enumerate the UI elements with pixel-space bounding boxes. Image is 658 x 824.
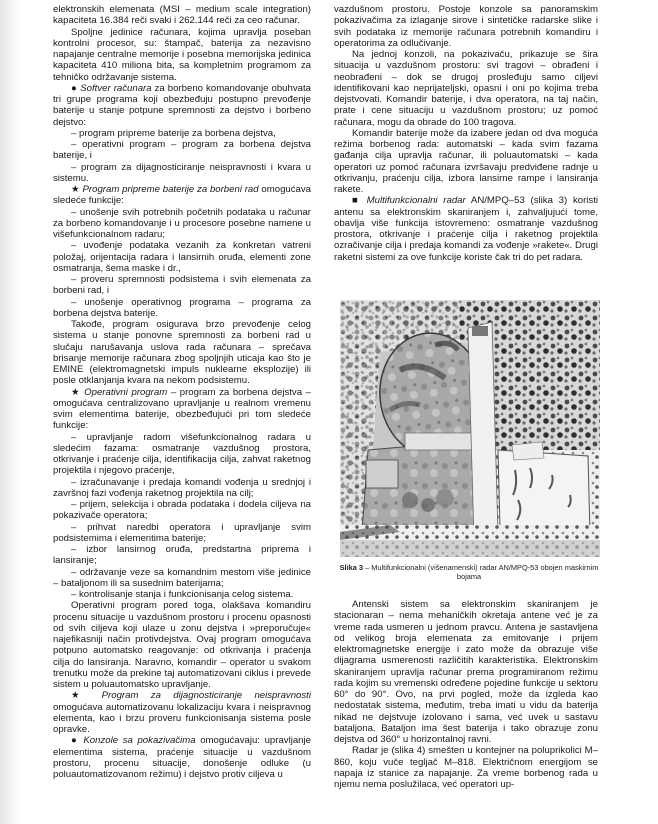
- paragraph: Spoljne jedinice računara, kojima upravl…: [53, 27, 311, 83]
- list-item: – program za dijagnosticiranje neispravn…: [53, 162, 311, 185]
- list-item: – izračunavanje i predaja komandi vođenj…: [53, 477, 311, 500]
- list-item: – proveru spremnosti podsistema i svih e…: [53, 274, 311, 297]
- paragraph-text: omogućava automatizovanu lokalizaciju kv…: [53, 702, 311, 736]
- emphasis-term: Program za dijagnosticiranje neispravnos…: [102, 690, 311, 701]
- figure: Slika 3 – Multifunkcionalni (višenamensk…: [334, 300, 604, 581]
- bullet-paragraph: ★ Program pripreme baterije za borbeni r…: [53, 184, 311, 207]
- list-item: – prihvat naredbi operatora i upravljanj…: [53, 522, 311, 545]
- emphasis-term: Softver računara: [80, 83, 151, 94]
- list-item: – uvođenje podataka vezanih za konkretan…: [53, 240, 311, 274]
- bullet-paragraph: ★ Operativni program – program za borben…: [53, 387, 311, 432]
- emphasis-term: Konzole sa pokazivačima: [83, 735, 195, 746]
- figure-caption-text: – Multifunkcionalni (višenamenski) radar…: [363, 563, 598, 581]
- list-item: – operativni program – program za borben…: [53, 139, 311, 162]
- paragraph: Antenski sistem sa elektronskim skaniran…: [334, 599, 598, 745]
- bullet-dot-icon: ●: [71, 735, 79, 746]
- list-item: – upravljanje radom višefunkcionalnog ra…: [53, 432, 311, 477]
- list-item: – održavanje veze sa komandnim mestom vi…: [53, 567, 311, 590]
- paragraph: vazdušnom prostoru. Postoje konzole sa p…: [334, 4, 598, 49]
- bullet-dot-icon: ●: [71, 83, 77, 94]
- list-item: – kontrolisanje stanja i funkcionisanja …: [53, 589, 311, 600]
- paragraph: Takođe, program osigurava brzo prevođenj…: [53, 319, 311, 387]
- list-item: – unošenje svih potrebnih početnih podat…: [53, 207, 311, 241]
- paragraph: Na jednoj konzoli, na pokazivaču, prikaz…: [334, 49, 598, 128]
- star-bullet-icon: ★: [71, 690, 89, 701]
- radar-photo: [340, 300, 600, 557]
- right-column-top: vazdušnom prostoru. Postoje konzole sa p…: [334, 4, 598, 263]
- right-column-bottom: Antenski sistem sa elektronskim skaniran…: [334, 599, 598, 790]
- emphasis-term: Operativni program: [84, 387, 167, 398]
- paragraph: Radar je (slika 4) smešten u kontejner n…: [334, 745, 598, 790]
- emphasis-term: Multifunkcionalni radar: [367, 195, 466, 206]
- figure-caption: Slika 3 – Multifunkcionalni (višenamensk…: [334, 563, 604, 581]
- bullet-paragraph: ● Softver računara za borbeno komandovan…: [53, 83, 311, 128]
- bullet-paragraph: ★ Program za dijagnosticiranje neispravn…: [53, 690, 311, 735]
- paragraph: Operativni program pored toga, olakšava …: [53, 600, 311, 690]
- list-item: – prijem, selekcija i obrada podataka i …: [53, 499, 311, 522]
- list-item: – program pripreme baterije za borbena d…: [53, 128, 311, 139]
- bullet-paragraph: ● Konzole sa pokazivačima omogućavaju: u…: [53, 735, 311, 780]
- left-column: elektronskih elemenata (MSI – medium sca…: [53, 4, 311, 780]
- page-edge-shadow: [0, 0, 22, 824]
- paragraph: Komandir baterije može da izabere jedan …: [334, 128, 598, 196]
- list-item: – unošenje operativnog programa – progra…: [53, 297, 311, 320]
- paragraph: elektronskih elemenata (MSI – medium sca…: [53, 4, 311, 27]
- star-bullet-icon: ★: [71, 387, 81, 398]
- star-bullet-icon: ★: [71, 184, 80, 195]
- emphasis-term: Program pripreme baterije za borbeni rad: [83, 184, 259, 195]
- square-bullet-icon: ■: [352, 195, 361, 206]
- bullet-paragraph: ■ Multifunkcionalni radar AN/MPQ–53 (sli…: [334, 195, 598, 263]
- figure-label: Slika 3: [340, 563, 363, 572]
- list-item: – izbor lansirnog oruđa, predstartna pri…: [53, 544, 311, 567]
